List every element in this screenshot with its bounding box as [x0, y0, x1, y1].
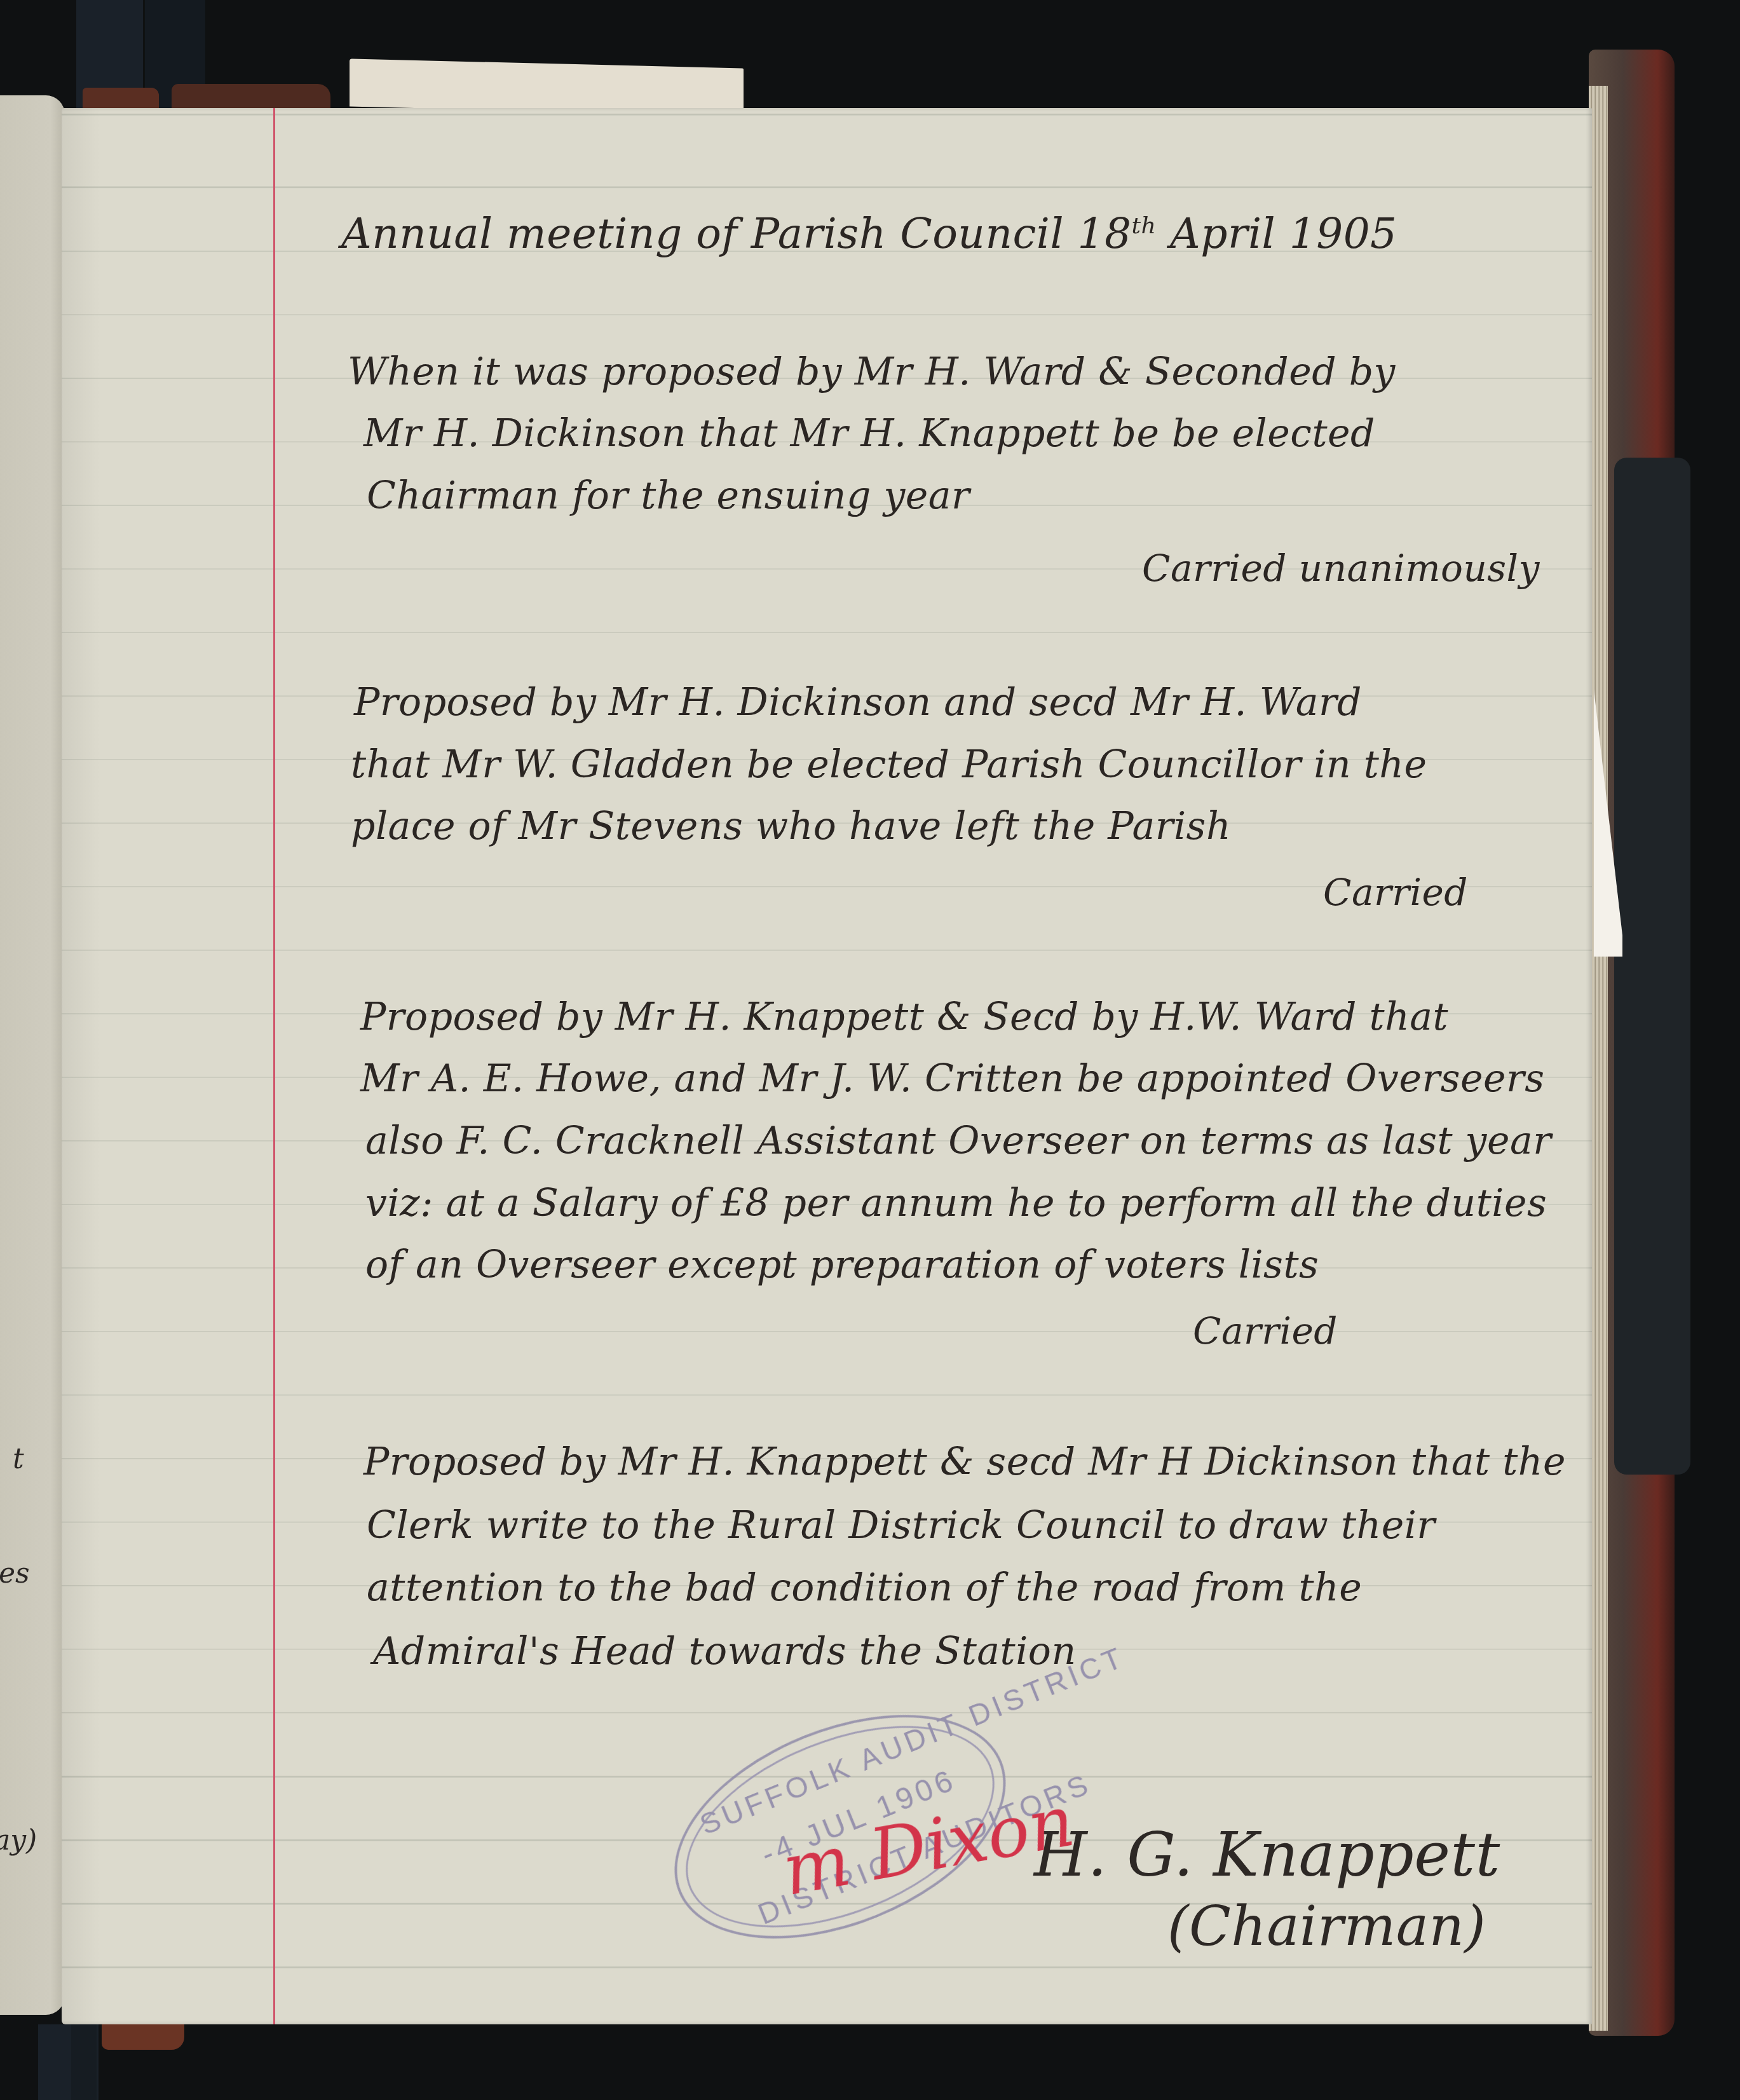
margin-rule [273, 108, 275, 2024]
minute-line: Admiral's Head towards the Station [373, 1632, 1077, 1670]
motion-result: Carried unanimously [1142, 550, 1540, 587]
left-page-fragment: ay) [0, 1824, 37, 1857]
title-date: April 1905 [1170, 209, 1397, 258]
minute-line: Clerk write to the Rural Districk Counci… [367, 1506, 1436, 1544]
minute-line: When it was proposed by Mr H. Ward & Sec… [348, 353, 1396, 391]
torn-leather-edge [172, 84, 330, 109]
page-title: Annual meeting of Parish Council 18th Ap… [341, 213, 1397, 255]
title-text: Annual meeting of Parish Council 18 [341, 209, 1132, 258]
torn-leather-edge [83, 88, 159, 109]
previous-page-edge: t es ay) [0, 95, 65, 2015]
minute-line: also F. C. Cracknell Assistant Overseer … [365, 1122, 1551, 1160]
left-page-fragment: es [0, 1557, 30, 1590]
chairman-signature: H. G. Knappett [1034, 1824, 1500, 1885]
minute-line: Proposed by Mr H. Knappett & secd Mr H D… [364, 1443, 1566, 1481]
left-page-fragment: t [13, 1443, 24, 1475]
minute-line: of an Overseer except preparation of vot… [365, 1246, 1319, 1284]
minute-line: attention to the bad condition of the ro… [367, 1569, 1362, 1607]
motion-result: Carried [1323, 874, 1468, 911]
title-ordinal: th [1132, 212, 1157, 239]
chairman-title: (Chairman) [1167, 1899, 1486, 1954]
minute-line: Mr A. E. Howe, and Mr J. W. Critten be a… [360, 1060, 1544, 1098]
minute-line: that Mr W. Gladden be elected Parish Cou… [351, 746, 1427, 784]
minute-line: place of Mr Stevens who have left the Pa… [351, 807, 1231, 845]
minute-line: viz: at a Salary of £8 per annum he to p… [365, 1184, 1547, 1222]
minute-line: Mr H. Dickinson that Mr H. Knappett be b… [364, 414, 1375, 453]
book-spine-background [71, 2024, 97, 2100]
motion-result: Carried [1193, 1312, 1338, 1349]
minute-line: Chairman for the ensuing year [367, 477, 970, 515]
minute-line: Proposed by Mr H. Knappett & Secd by H.W… [360, 998, 1448, 1036]
torn-leather-edge [102, 2024, 184, 2050]
binding-cloth-strip [1614, 458, 1690, 1475]
minute-line: Proposed by Mr H. Dickinson and secd Mr … [354, 683, 1362, 721]
